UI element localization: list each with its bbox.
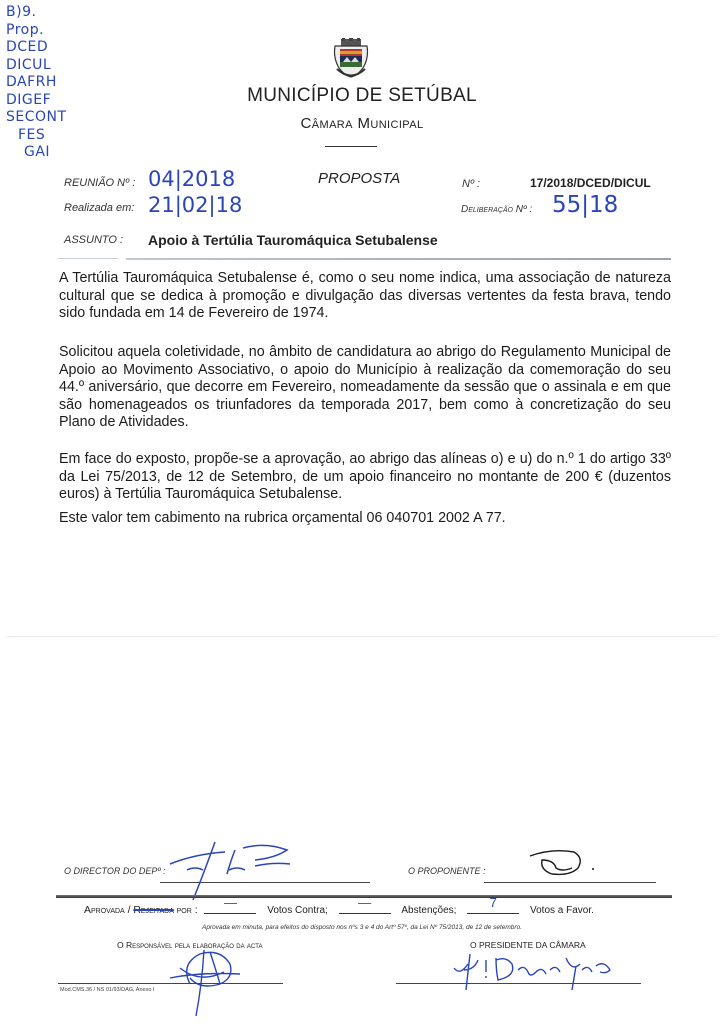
votos-contra-field: — [204,903,256,914]
abstencoes-label: Abstenções; [401,905,456,916]
chamber-subtitle: Câmara Municipal [0,115,724,132]
proponente-signature-line [484,882,656,883]
responsavel-signature-line [58,983,283,984]
routing-entry: GAI [6,144,76,162]
director-label: O DIRECTOR DO DEPº : [64,866,166,876]
por-label: por : [177,904,198,916]
assunto-value: Apoio à Tertúlia Tauromáquica Setubalens… [148,232,438,248]
realizada-value: 21|02|18 [148,193,242,217]
assunto-divider [58,258,118,259]
handwritten-routing-list: B)9. Prop. DCED DICUL DAFRH DIGEF SECONT… [6,4,76,162]
form-code: Mod.CMS.36 / NS 01/93/DAG, Anexo I [60,987,154,993]
votos-favor-value: 7 [467,895,519,910]
header-divider [325,146,377,147]
presidente-signature-line [396,983,641,984]
presidente-label: O PRESIDENTE DA CÂMARA [470,940,586,950]
deliberacao-value: 55|18 [552,192,618,218]
assunto-label: ASSUNTO : [64,234,123,246]
realizada-label: Realizada em: [64,202,134,214]
deliberacao-label: Deliberação Nº : [461,204,532,215]
reuniao-label: REUNIÃO Nº : [64,177,135,189]
body-paragraph: A Tertúlia Tauromáquica Setubalense é, c… [59,270,671,323]
votos-contra-label: Votos Contra; [267,905,328,916]
proponente-label: O PROPONENTE : [408,866,486,876]
body-paragraph: Este valor tem cabimento na rubrica orça… [59,510,671,528]
routing-entry: DICUL [6,57,76,75]
votos-favor-label: Votos a Favor. [530,905,594,916]
responsavel-signature-icon [160,944,250,1018]
director-signature-icon [165,840,300,902]
rejeitada-label: Rejeitada [133,904,174,916]
proponente-signature-icon [522,846,602,880]
abstencoes-value: — [339,895,391,910]
routing-entry: Prop. [6,22,76,40]
presidente-signature-icon [450,950,620,992]
votos-favor-field: 7 [467,903,519,914]
body-paragraph: Solicitou aquela coletividade, no âmbito… [59,344,671,432]
numero-label: Nº : [462,178,480,190]
voting-result-line: Aprovada / Rejeitada por : — Votos Contr… [84,903,598,916]
scan-fold-line [6,636,718,637]
aprovada-label: Aprovada / [84,904,131,916]
reuniao-value: 04|2018 [148,167,235,191]
routing-entry: B)9. [6,4,76,22]
votos-contra-value: — [204,895,256,910]
body-paragraph: Em face do exposto, propõe-se a aprovaçã… [59,451,671,504]
routing-entry: DCED [6,39,76,57]
coat-of-arms-icon [333,38,369,80]
municipality-title: MUNICÍPIO DE SETÚBAL [0,85,724,107]
minuta-note: Aprovada em minuta, para efeitos do disp… [0,924,724,931]
document-type: PROPOSTA [318,170,400,187]
abstencoes-field: — [339,903,391,914]
numero-value: 17/2018/DCED/DICUL [530,176,651,190]
assunto-divider [126,258,671,260]
